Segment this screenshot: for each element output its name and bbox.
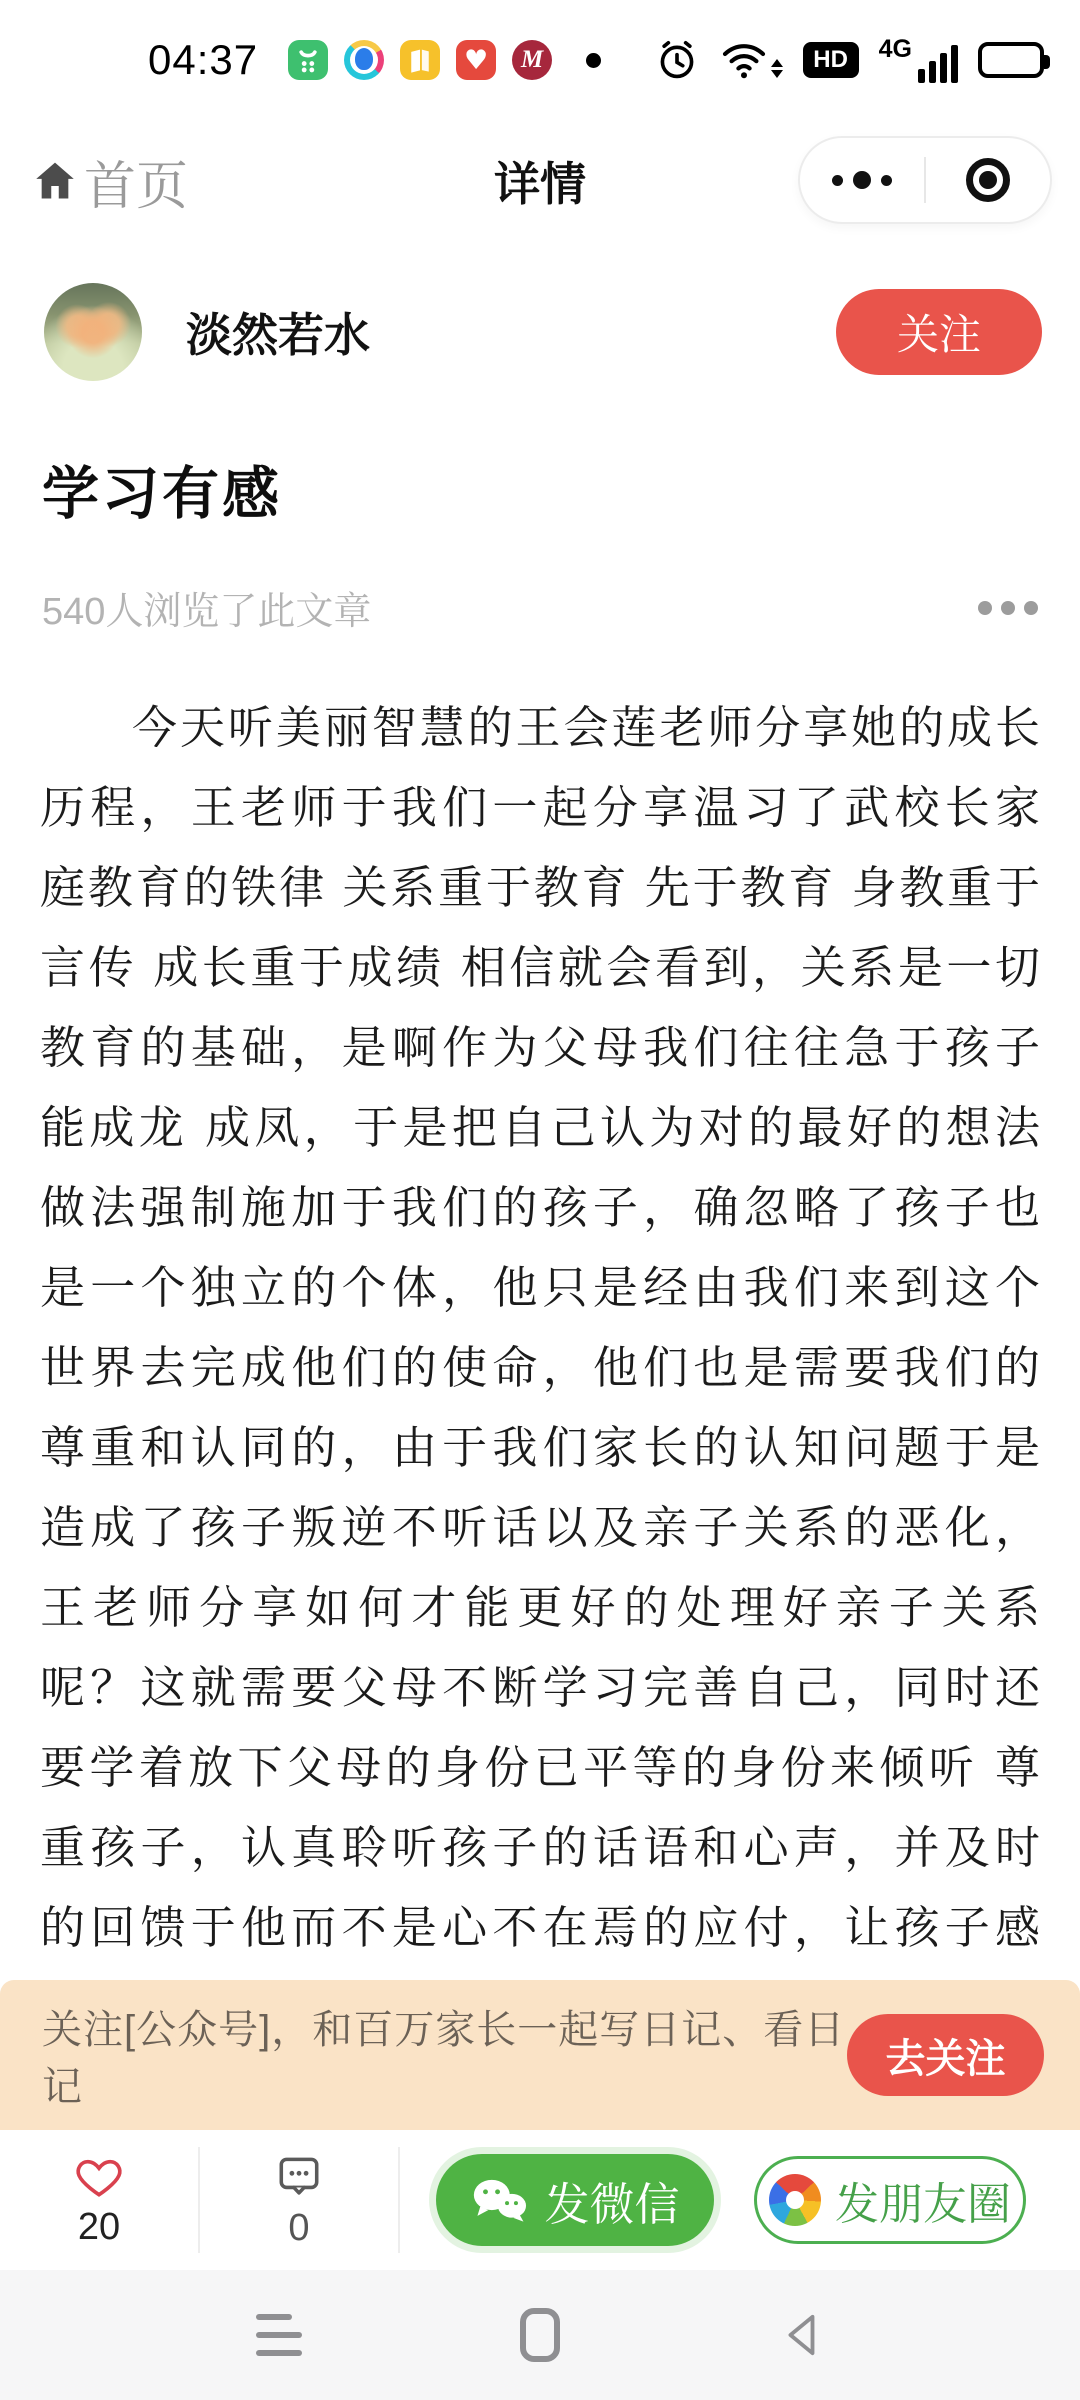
- body-line: 庭教育的铁律 关系重于教育 先于教育 身教重于: [40, 848, 1040, 928]
- nav-home-button[interactable]: 首页: [30, 144, 188, 219]
- moments-icon: [769, 2174, 821, 2226]
- article-body: 今天听美丽智慧的王会莲老师分享她的成长历程，王老师于我们一起分享温习了武校长家庭…: [40, 688, 1040, 1968]
- wifi-icon: [720, 38, 783, 82]
- alarm-icon: [654, 37, 700, 83]
- body-line: 呢？这就需要父母不断学习完善自己，同时还: [40, 1648, 1040, 1728]
- nav-bar: 首页 详情: [0, 120, 1080, 242]
- home-square-icon: [520, 2308, 560, 2362]
- qq-icon-penguin: [355, 48, 373, 70]
- views-count: 540人浏览了此文章: [42, 580, 371, 635]
- miniprogram-capsule: [798, 136, 1052, 224]
- page-title: 详情: [494, 148, 586, 214]
- qq-icon: [344, 40, 384, 80]
- miniprogram-more-button[interactable]: [800, 138, 924, 222]
- status-bar: 04:37 ♥ M: [0, 0, 1080, 120]
- action-divider: [398, 2147, 400, 2253]
- body-line: 的回馈于他而不是心不在焉的应付，让孩子感: [40, 1888, 1040, 1968]
- body-line: 王老师分享如何才能更好的处理好亲子关系: [40, 1568, 1040, 1648]
- miniprogram-close-button[interactable]: [926, 138, 1050, 222]
- wechat-icon: [470, 2177, 528, 2223]
- body-line: 世界去完成他们的使命，他们也是需要我们的: [40, 1328, 1040, 1408]
- battery-icon: [978, 42, 1044, 78]
- like-button[interactable]: 20: [0, 2152, 198, 2249]
- body-line: 造成了孩子叛逆不听话以及亲子关系的恶化，: [40, 1488, 1040, 1568]
- bank-app-icon: M: [512, 40, 552, 80]
- body-line: 历程，王老师于我们一起分享温习了武校长家: [40, 768, 1040, 848]
- book-app-icon: [400, 40, 440, 80]
- signal-icon: 4G: [879, 37, 958, 83]
- follow-button[interactable]: 关注: [836, 289, 1042, 375]
- heart-glyph: ♥: [464, 47, 488, 74]
- wifi-traffic-arrows: [771, 59, 783, 78]
- author-name: 淡然若水: [186, 299, 370, 365]
- home-gesture-button[interactable]: [520, 2308, 560, 2362]
- hd-icon: HD: [803, 42, 859, 78]
- network-type-label: 4G: [879, 37, 912, 62]
- smile-app-icon: [288, 40, 328, 80]
- share-moments-button[interactable]: 发朋友圈: [754, 2156, 1026, 2244]
- go-follow-button[interactable]: 去关注: [847, 2014, 1044, 2096]
- home-icon: [30, 156, 80, 206]
- clock-time: 04:37: [148, 36, 258, 84]
- system-navigation-bar: [0, 2270, 1080, 2400]
- body-line: 要学着放下父母的身份已平等的身份来倾听 尊: [40, 1728, 1040, 1808]
- mini-program-article-page: { "status_bar": { "time": "04:37", "hd_b…: [0, 0, 1080, 2400]
- comment-button[interactable]: 0: [200, 2151, 398, 2250]
- body-line: 言传 成长重于成绩 相信就会看到，关系是一切: [40, 928, 1040, 1008]
- status-icons: HD 4G: [654, 37, 1044, 83]
- body-line: 尊重和认同的，由于我们家长的认知问题于是: [40, 1408, 1040, 1488]
- promo-text: 关注[公众号]，和百万家长一起写日记、看日记: [42, 1998, 847, 2112]
- body-line: 做法强制施加于我们的孩子，确忽略了孩子也: [40, 1168, 1040, 1248]
- promo-banner: 关注[公众号]，和百万家长一起写日记、看日记 去关注: [0, 1980, 1080, 2130]
- body-line: 教育的基础，是啊作为父母我们往往急于孩子: [40, 1008, 1040, 1088]
- notification-icons: ♥ M: [288, 40, 552, 80]
- article-more-icon[interactable]: [978, 601, 1038, 615]
- article-title: 学习有感: [42, 448, 282, 530]
- recents-icon: [256, 2314, 302, 2356]
- miniprogram-close-icon: [966, 158, 1010, 202]
- nav-home-label: 首页: [84, 144, 188, 219]
- recents-button[interactable]: [256, 2314, 302, 2356]
- author-row: 淡然若水 关注: [44, 282, 1042, 382]
- article-meta-row: 540人浏览了此文章: [42, 580, 1038, 635]
- send-wechat-button[interactable]: 发微信: [436, 2154, 714, 2246]
- like-count: 20: [78, 2206, 120, 2249]
- comment-count: 0: [288, 2207, 309, 2250]
- more-dots-icon: [832, 175, 843, 186]
- back-icon: [778, 2310, 824, 2360]
- heart-app-icon: ♥: [456, 40, 496, 80]
- send-wechat-label: 发微信: [544, 2168, 679, 2233]
- share-moments-label: 发朋友圈: [835, 2168, 1011, 2232]
- body-line: 重孩子，认真聆听孩子的话语和心声，并及时: [40, 1808, 1040, 1888]
- action-bar: 20 0 发微信: [0, 2130, 1080, 2270]
- avatar[interactable]: [44, 283, 142, 381]
- notification-dot: [586, 53, 601, 68]
- body-line: 今天听美丽智慧的王会莲老师分享她的成长: [40, 688, 1040, 768]
- body-line: 是一个独立的个体，他只是经由我们来到这个: [40, 1248, 1040, 1328]
- bank-glyph: M: [521, 46, 543, 74]
- heart-icon: [73, 2152, 125, 2200]
- back-button[interactable]: [778, 2310, 824, 2360]
- comment-icon: [274, 2151, 324, 2201]
- body-line: 能成龙 成凤，于是把自己认为对的最好的想法: [40, 1088, 1040, 1168]
